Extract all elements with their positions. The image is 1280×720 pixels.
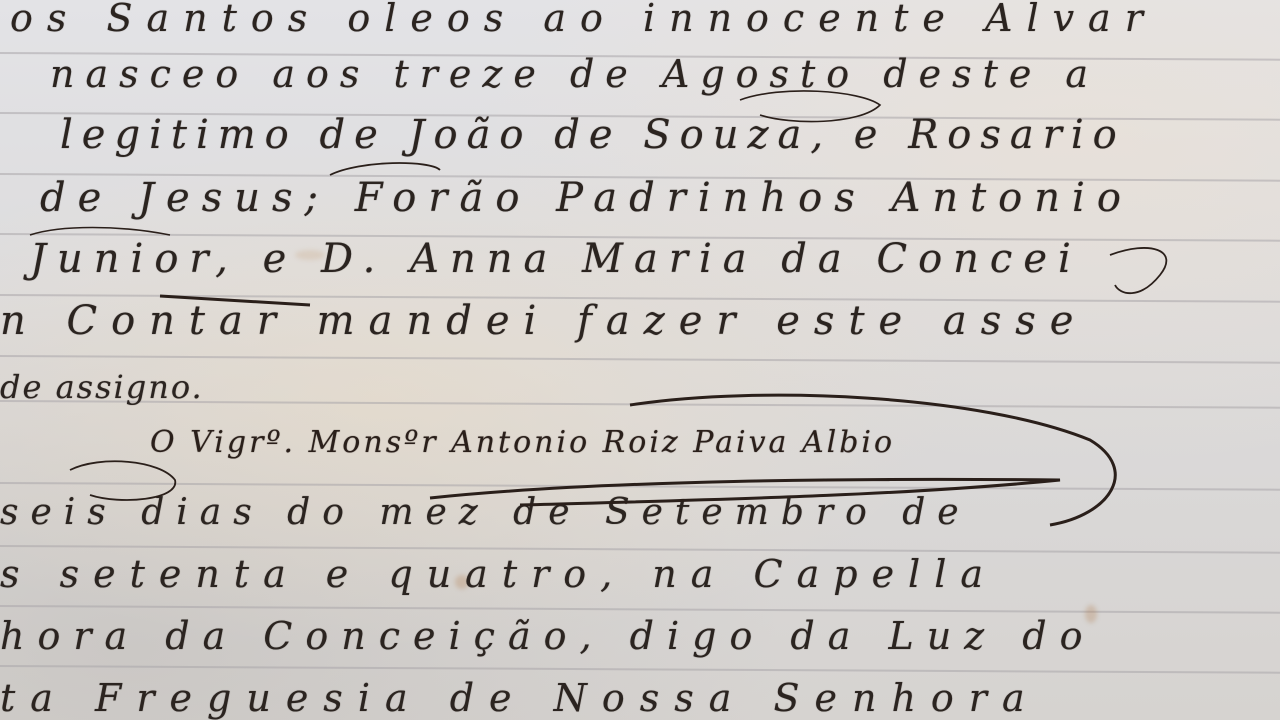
record-line-5: Junior, e D. Anna Maria da Concei bbox=[30, 236, 1082, 282]
record-line-3: legitimo de João de Souza, e Rosario bbox=[60, 112, 1126, 158]
record-line-2: nasceo aos treze de Agosto deste a bbox=[50, 52, 1099, 96]
record-line-8: seis dias do mez de Setembro de bbox=[0, 492, 971, 533]
record-line-6: n Contar mandei fazer este asse bbox=[0, 298, 1087, 344]
priest-signature: O Vigrº. Monsºr Antonio Roiz Paiva Albio bbox=[150, 425, 895, 460]
record-line-1: os Santos oleos ao innocente Alvar bbox=[10, 0, 1157, 40]
record-line-7: de assigno. bbox=[0, 368, 204, 406]
record-line-10: hora da Conceição, digo da Luz do bbox=[0, 614, 1095, 658]
record-line-9: s setenta e quatro, na Capella bbox=[0, 552, 997, 596]
record-line-11: ta Freguesia de Nossa Senhora bbox=[0, 676, 1040, 720]
record-line-4: de Jesus; Forão Padrinhos Antonio bbox=[40, 175, 1133, 221]
